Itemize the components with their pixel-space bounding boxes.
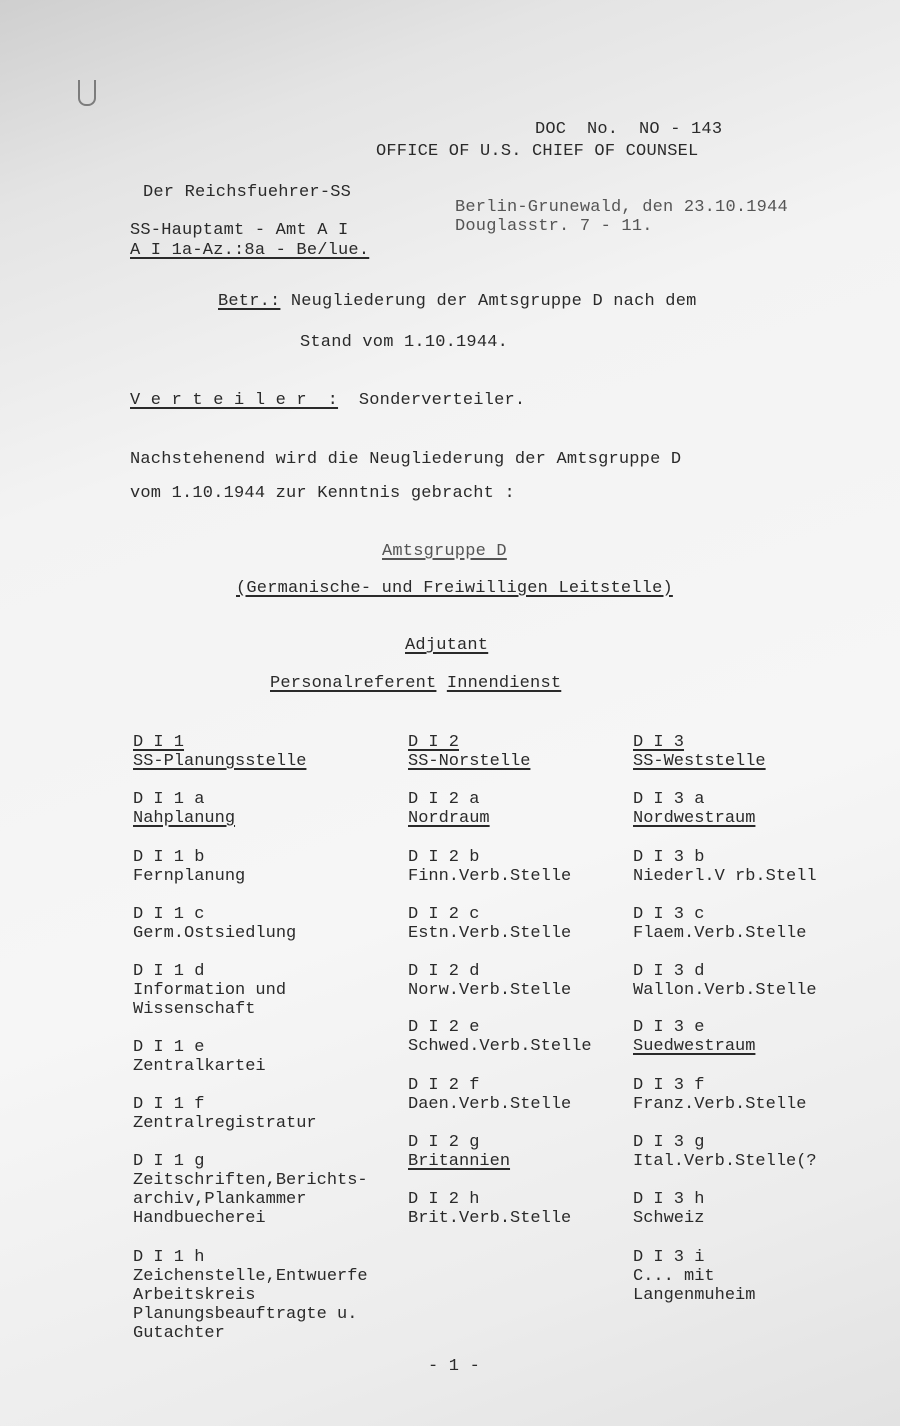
org-unit-code: D I 3 f [633, 1076, 806, 1095]
page-number: - 1 - [428, 1357, 480, 1377]
org-unit-name: Zentralkartei [133, 1057, 266, 1076]
org-unit: D I 1 aNahplanung [133, 790, 235, 828]
org-unit-code: D I 3 b [633, 848, 817, 867]
org-unit: D I 3SS-Weststelle [633, 733, 766, 771]
org-unit-name: Nordraum [408, 809, 490, 828]
org-unit-name: Schwed.Verb.Stelle [408, 1037, 592, 1056]
subject-line-1: Betr.: Neugliederung der Amtsgruppe D na… [218, 292, 697, 312]
org-unit: D I 1 eZentralkartei [133, 1038, 266, 1076]
org-unit-name: Suedwestraum [633, 1037, 755, 1056]
org-unit: D I 3 dWallon.Verb.Stelle [633, 962, 817, 1000]
place-address: Douglasstr. 7 - 11. [455, 217, 653, 237]
subject-label: Betr.: [218, 292, 280, 311]
org-unit-code: D I 1 c [133, 905, 296, 924]
org-unit-code: D I 1 g [133, 1152, 368, 1171]
internal-service-label: Innendienst [447, 674, 561, 693]
org-unit-name: Finn.Verb.Stelle [408, 867, 571, 886]
org-unit-name: Fernplanung [133, 867, 245, 886]
org-unit-name: Germ.Ostsiedlung [133, 924, 296, 943]
org-unit-name: Zentralregistratur [133, 1114, 317, 1133]
org-unit-code: D I 2 g [408, 1133, 510, 1152]
org-unit-code: D I 3 [633, 733, 766, 752]
org-unit: D I 3 iC... mit Langenmuheim [633, 1248, 755, 1305]
org-unit-name: Zeichenstelle,Entwuerfe Arbeitskreis Pla… [133, 1267, 368, 1343]
ink-mark [78, 80, 96, 106]
personnel-heading: Personalreferent Innendienst [270, 674, 561, 694]
org-unit-name: Brit.Verb.Stelle [408, 1209, 571, 1228]
org-unit-code: D I 1 [133, 733, 306, 752]
org-unit: D I 1SS-Planungsstelle [133, 733, 306, 771]
org-unit-name: Nahplanung [133, 809, 235, 828]
sender-line-2: SS-Hauptamt - Amt A I [130, 221, 348, 241]
org-unit-code: D I 3 d [633, 962, 817, 981]
office-heading: OFFICE OF U.S. CHIEF OF COUNSEL [376, 142, 698, 162]
org-unit: D I 2 dNorw.Verb.Stelle [408, 962, 571, 1000]
distribution-label: V e r t e i l e r : [130, 391, 338, 410]
org-unit-code: D I 2 [408, 733, 530, 752]
distribution-line: V e r t e i l e r : Sonderverteiler. [130, 391, 525, 411]
org-unit: D I 1 cGerm.Ostsiedlung [133, 905, 296, 943]
org-unit: D I 3 gItal.Verb.Stelle(? [633, 1133, 817, 1171]
org-unit-name: Information und Wissenschaft [133, 981, 286, 1019]
org-unit: D I 3 aNordwestraum [633, 790, 755, 828]
intro-line-2: vom 1.10.1944 zur Kenntnis gebracht : [130, 484, 515, 504]
org-unit-code: D I 3 e [633, 1018, 755, 1037]
org-unit-code: D I 2 c [408, 905, 571, 924]
org-unit: D I 2SS-Norstelle [408, 733, 530, 771]
org-unit-code: D I 1 a [133, 790, 235, 809]
org-unit: D I 2 cEstn.Verb.Stelle [408, 905, 571, 943]
org-unit-code: D I 1 f [133, 1095, 317, 1114]
org-unit: D I 1 bFernplanung [133, 848, 245, 886]
org-unit-code: D I 2 h [408, 1190, 571, 1209]
org-unit: D I 1 fZentralregistratur [133, 1095, 317, 1133]
doc-number: DOC No. NO - 143 [535, 120, 722, 140]
org-unit-name: SS-Weststelle [633, 752, 766, 771]
org-unit-code: D I 1 h [133, 1248, 368, 1267]
personnel-label: Personalreferent [270, 674, 436, 693]
org-unit: D I 2 aNordraum [408, 790, 490, 828]
org-unit: D I 3 bNiederl.V rb.Stell [633, 848, 817, 886]
org-unit-code: D I 3 g [633, 1133, 817, 1152]
org-unit: D I 3 hSchweiz [633, 1190, 704, 1228]
org-unit-code: D I 2 e [408, 1018, 592, 1037]
org-unit: D I 2 bFinn.Verb.Stelle [408, 848, 571, 886]
org-unit-code: D I 3 i [633, 1248, 755, 1267]
adjutant-heading: Adjutant [405, 636, 488, 656]
org-unit-code: D I 1 e [133, 1038, 266, 1057]
org-unit: D I 1 hZeichenstelle,Entwuerfe Arbeitskr… [133, 1248, 368, 1343]
org-unit-name: Britannien [408, 1152, 510, 1171]
org-unit: D I 2 fDaen.Verb.Stelle [408, 1076, 571, 1114]
org-unit-name: C... mit Langenmuheim [633, 1267, 755, 1305]
org-unit-name: Wallon.Verb.Stelle [633, 981, 817, 1000]
org-unit-name: Ital.Verb.Stelle(? [633, 1152, 817, 1171]
org-unit-name: Niederl.V rb.Stell [633, 867, 817, 886]
org-unit-code: D I 2 b [408, 848, 571, 867]
org-unit: D I 3 fFranz.Verb.Stelle [633, 1076, 806, 1114]
org-unit-code: D I 2 d [408, 962, 571, 981]
org-unit-code: D I 2 a [408, 790, 490, 809]
org-unit: D I 3 eSuedwestraum [633, 1018, 755, 1056]
org-unit-code: D I 3 c [633, 905, 806, 924]
org-unit-name: SS-Norstelle [408, 752, 530, 771]
group-heading: Amtsgruppe D [382, 542, 507, 562]
intro-line-1: Nachstehenend wird die Neugliederung der… [130, 450, 681, 470]
org-unit: D I 3 cFlaem.Verb.Stelle [633, 905, 806, 943]
org-unit-name: Schweiz [633, 1209, 704, 1228]
org-unit-code: D I 1 d [133, 962, 286, 981]
org-unit-code: D I 2 f [408, 1076, 571, 1095]
subject-line-2: Stand vom 1.10.1944. [300, 333, 508, 353]
org-unit-name: Zeitschriften,Berichts- archiv,Plankamme… [133, 1171, 368, 1228]
sender-line-1: Der Reichsfuehrer-SS [143, 183, 351, 203]
org-unit: D I 1 gZeitschriften,Berichts- archiv,Pl… [133, 1152, 368, 1228]
org-unit-code: D I 3 a [633, 790, 755, 809]
org-unit-name: Estn.Verb.Stelle [408, 924, 571, 943]
org-unit-code: D I 3 h [633, 1190, 704, 1209]
org-unit: D I 2 hBrit.Verb.Stelle [408, 1190, 571, 1228]
org-unit: D I 2 gBritannien [408, 1133, 510, 1171]
org-unit-name: Franz.Verb.Stelle [633, 1095, 806, 1114]
distribution-value: Sonderverteiler. [359, 391, 525, 410]
org-unit-name: SS-Planungsstelle [133, 752, 306, 771]
org-unit-name: Flaem.Verb.Stelle [633, 924, 806, 943]
org-unit: D I 1 dInformation und Wissenschaft [133, 962, 286, 1019]
org-unit-name: Daen.Verb.Stelle [408, 1095, 571, 1114]
sender-reference: A I 1a-Az.:8a - Be/lue. [130, 241, 369, 261]
org-unit-name: Norw.Verb.Stelle [408, 981, 571, 1000]
subject-text: Neugliederung der Amtsgruppe D nach dem [291, 292, 697, 311]
org-unit: D I 2 eSchwed.Verb.Stelle [408, 1018, 592, 1056]
place-date: Berlin-Grunewald, den 23.10.1944 [455, 198, 788, 218]
org-unit-name: Nordwestraum [633, 809, 755, 828]
group-subtitle: (Germanische- und Freiwilligen Leitstell… [236, 579, 673, 599]
org-unit-code: D I 1 b [133, 848, 245, 867]
